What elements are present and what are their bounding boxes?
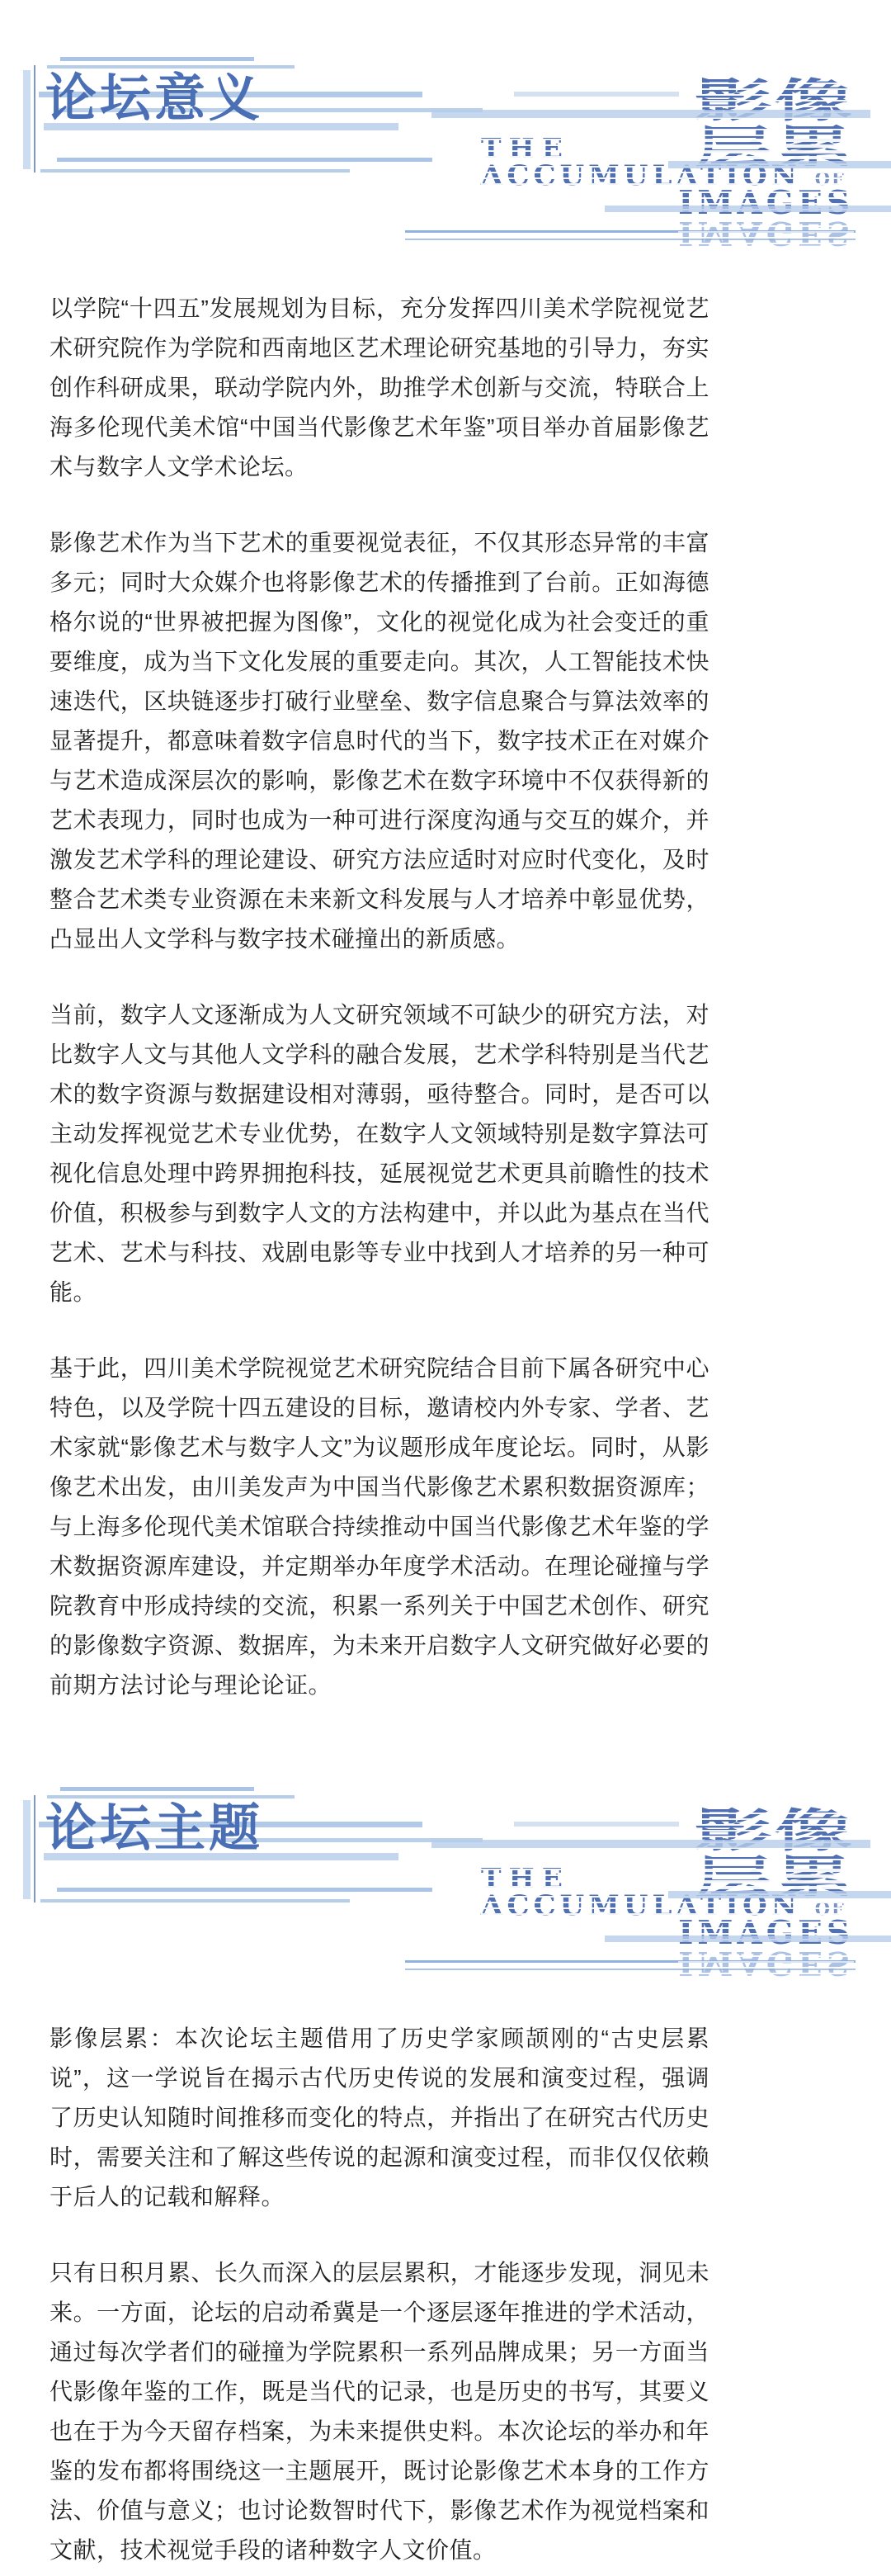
glitch-band <box>514 1822 679 1827</box>
section-title: 论坛意义 <box>45 70 263 127</box>
glitch-band <box>668 1891 891 1898</box>
section-title-block: 论坛主题 <box>45 1800 263 1857</box>
section-forum-theme: 论坛主题 影像 层累 THE ACCUMULATION OF IMAGES IM… <box>0 1730 891 2570</box>
body-paragraph: 影像艺术作为当下艺术的重要视觉表征，不仅其形态异常的丰富多元；同时大众媒介也将影… <box>49 523 709 959</box>
logo-en-images-mirror: IMAGES <box>678 1947 854 1978</box>
body-paragraph: 基于此，四川美术学院视觉艺术研究院结合目前下属各研究中心特色，以及学院十四五建设… <box>49 1349 709 1705</box>
accumulation-of-images-logo: 影像 层累 THE ACCUMULATION OF IMAGES IMAGES <box>481 1810 854 1979</box>
streak-line <box>40 1899 350 1902</box>
streak-line <box>57 158 432 162</box>
section-title-block: 论坛意义 <box>45 70 263 127</box>
streak-line <box>57 1888 432 1892</box>
glitch-band <box>668 161 891 168</box>
glitch-band <box>431 110 870 118</box>
streak-line <box>47 1795 295 1798</box>
section-title: 论坛主题 <box>45 1800 263 1857</box>
body-paragraph: 影像层累：本次论坛主题借用了历史学家顾颉刚的“古史层累说”，这一学说旨在揭示古代… <box>49 2019 709 2217</box>
glitch-band <box>431 1840 870 1848</box>
streak-line <box>60 1787 254 1791</box>
body-paragraph: 以学院“十四五”发展规划为目标，充分发挥四川美术学院视觉艺术研究院作为学院和西南… <box>49 289 709 487</box>
section-body: 影像层累：本次论坛主题借用了历史学家顾颉刚的“古史层累说”，这一学说旨在揭示古代… <box>0 1945 891 2570</box>
section-forum-significance: 论坛意义 影像 层累 THE ACCUMULATION OF IMAGES IM… <box>0 0 891 1705</box>
streak-line <box>40 169 350 173</box>
glitch-band <box>605 1936 891 1942</box>
streak-line <box>47 65 295 69</box>
logo-en-the: THE <box>481 1865 854 1892</box>
title-accent-bar <box>23 70 31 169</box>
section-header: 论坛意义 影像 层累 THE ACCUMULATION OF IMAGES IM… <box>0 0 891 215</box>
logo-en-the: THE <box>481 135 854 162</box>
glitch-band <box>605 206 891 212</box>
article-page: 论坛意义 影像 层累 THE ACCUMULATION OF IMAGES IM… <box>0 0 891 2576</box>
accumulation-of-images-logo: 影像 层累 THE ACCUMULATION OF IMAGES IMAGES <box>481 80 854 249</box>
body-paragraph: 只有日积月累、长久而深入的层层累积，才能逐步发现，洞见未来。一方面，论坛的启动希… <box>49 2253 709 2570</box>
section-body: 以学院“十四五”发展规划为目标，充分发挥四川美术学院视觉艺术研究院作为学院和西南… <box>0 215 891 1705</box>
logo-en-images-mirror: IMAGES <box>678 217 854 248</box>
glitch-band <box>514 92 679 97</box>
streak-line <box>60 57 254 61</box>
title-vertical-line <box>34 65 35 173</box>
title-vertical-line <box>34 1795 35 1902</box>
title-accent-bar <box>23 1800 31 1899</box>
section-header: 论坛主题 影像 层累 THE ACCUMULATION OF IMAGES IM… <box>0 1730 891 1945</box>
body-paragraph: 当前，数字人文逐渐成为人文研究领域不可缺少的研究方法，对比数字人文与其他人文学科… <box>49 995 709 1312</box>
